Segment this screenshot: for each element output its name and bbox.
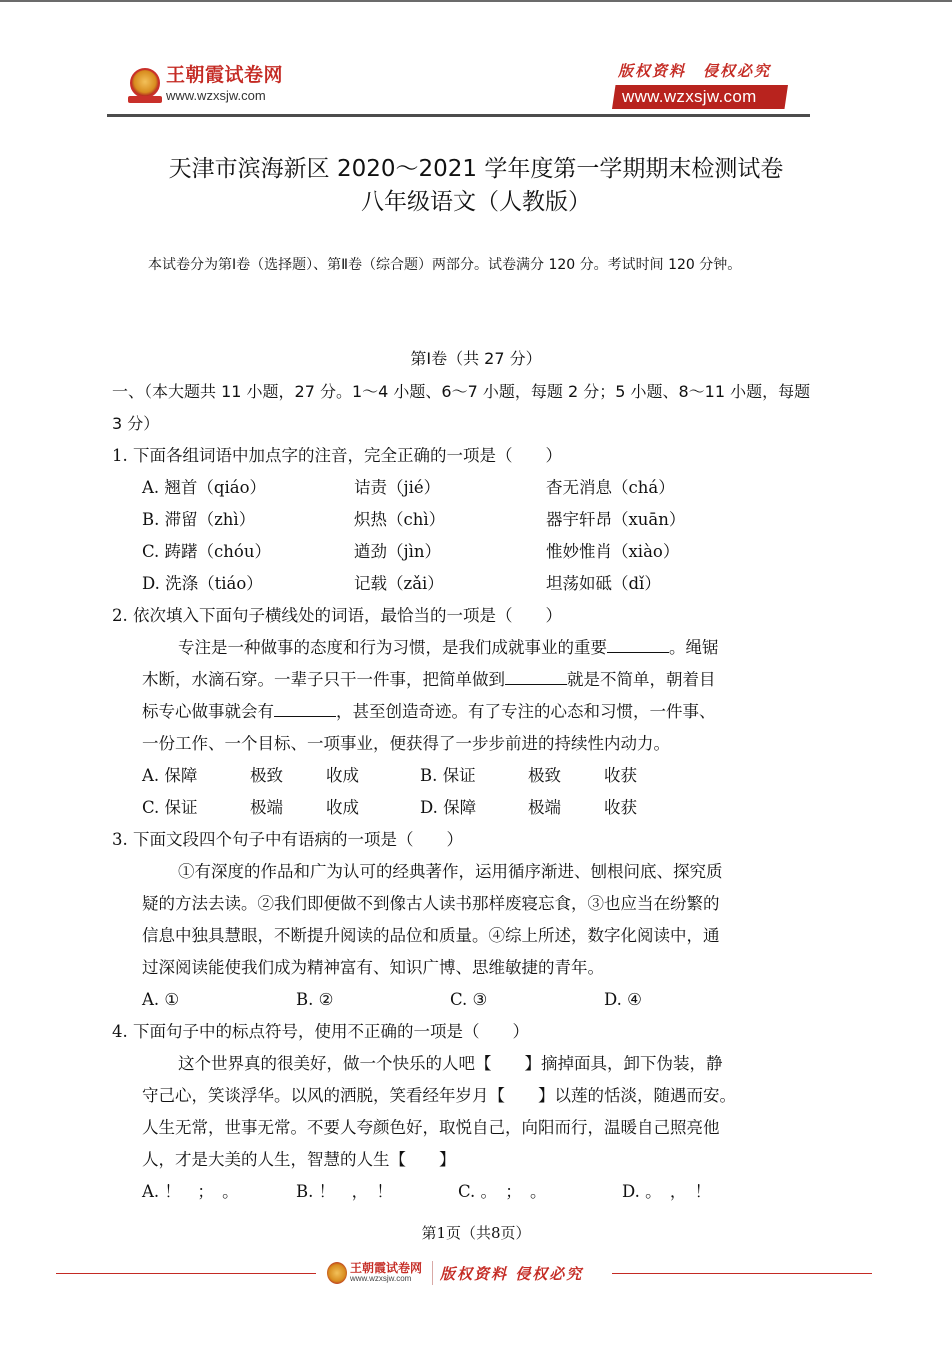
q2-option-c-1: C. 保证 xyxy=(142,792,198,824)
q4-option-d: D. 。 ， ！ xyxy=(622,1176,711,1208)
q2-option-d-3: 收获 xyxy=(604,792,637,824)
passage-text: 专注是一种做事的态度和行为习惯，是我们成就事业的重要 xyxy=(178,638,607,657)
q2-option-d-1: D. 保障 xyxy=(420,792,476,824)
footer-slogan: 版权资料 侵权必究 xyxy=(440,1263,583,1284)
fill-blank xyxy=(607,635,669,653)
q1-option-c-3: 惟妙惟肖（xiào） xyxy=(546,536,679,568)
q4-option-a: A. ！ ； 。 xyxy=(142,1176,239,1208)
fill-blank xyxy=(274,699,336,717)
q2-option-c-2: 极端 xyxy=(250,792,283,824)
copyright-slogan: 版权资料 侵权必究 xyxy=(612,60,792,81)
q3-passage-line-3: 信息中独具慧眼，不断提升阅读的品位和质量。④综上所述，数字化阅读中，通 xyxy=(142,920,720,952)
q1-option-a-3: 杳无消息（chá） xyxy=(546,472,675,504)
q1-option-c-1: C. 踌躇（chóu） xyxy=(142,536,271,568)
q1-option-b-1: B. 滞留（zhì） xyxy=(142,504,255,536)
q1-option-a-2: 诘责（jié） xyxy=(354,472,440,504)
footer-logo-url: www.wzxsjw.com xyxy=(350,1274,422,1284)
q1-option-d-3: 坦荡如砥（dǐ） xyxy=(546,568,661,600)
site-url-badge[interactable]: www.wzxsjw.com xyxy=(612,85,788,109)
q4-option-c: C. 。 ； 。 xyxy=(458,1176,547,1208)
q2-passage-line-4: 一份工作、一个目标、一项事业，便获得了一步步前进的持续性内动力。 xyxy=(142,728,670,760)
passage-text: 标专心做事就会有 xyxy=(142,702,274,721)
q1-option-c-2: 遒劲（jìn） xyxy=(354,536,441,568)
q2-option-b-3: 收获 xyxy=(604,760,637,792)
q2-option-d-2: 极端 xyxy=(528,792,561,824)
q3-option-b: B. ② xyxy=(296,984,333,1016)
q1-option-b-3: 器宇轩昂（xuān） xyxy=(546,504,685,536)
header-divider xyxy=(107,114,810,117)
q1-option-a-1: A. 翘首（qiáo） xyxy=(142,472,266,504)
q2-passage-line-3: 标专心做事就会有，甚至创造奇迹。有了专注的心态和习惯，一件事、 xyxy=(142,696,716,728)
top-edge-line xyxy=(0,0,952,2)
q2-option-a-2: 极致 xyxy=(250,760,283,792)
question-4-stem: 4. 下面句子中的标点符号，使用不正确的一项是（ ） xyxy=(112,1016,529,1048)
q4-passage-line-2: 守己心，笑谈浮华。以风的洒脱，笑看经年岁月【 】以莲的恬淡，随遇而安。 xyxy=(142,1080,736,1112)
question-3-stem: 3. 下面文段四个句子中有语病的一项是（ ） xyxy=(112,824,463,856)
q2-option-b-2: 极致 xyxy=(528,760,561,792)
exam-instructions: 本试卷分为第Ⅰ卷（选择题）、第Ⅱ卷（综合题）两部分。试卷满分 120 分。考试时… xyxy=(112,249,812,281)
passage-text: 木断，水滴石穿。一辈子只干一件事，把简单做到 xyxy=(142,670,505,689)
copyright-banner: 版权资料 侵权必究 www.wzxsjw.com xyxy=(612,60,792,109)
q2-option-c-3: 收成 xyxy=(326,792,359,824)
fill-blank xyxy=(505,667,567,685)
q4-passage-line-4: 人，才是大美的人生，智慧的人生【 】 xyxy=(142,1144,456,1176)
passage-text: 。绳锯 xyxy=(669,638,719,657)
q4-passage-line-1: 这个世界真的很美好，做一个快乐的人吧【 】摘掉面具，卸下伪装，静 xyxy=(178,1048,723,1080)
emblem-icon xyxy=(327,1262,347,1284)
footer-banner: 王朝霞试卷网 www.wzxsjw.com 版权资料 侵权必究 xyxy=(0,1258,952,1290)
q2-option-a-1: A. 保障 xyxy=(142,760,197,792)
q1-option-b-2: 炽热（chì） xyxy=(354,504,445,536)
site-logo[interactable]: 王朝霞试卷网 www.wzxsjw.com xyxy=(128,64,283,104)
q4-option-b: B. ！ ， ！ xyxy=(296,1176,393,1208)
logo-name: 王朝霞试卷网 xyxy=(166,66,283,85)
footer-rule-right xyxy=(612,1273,872,1274)
q2-passage-line-1: 专注是一种做事的态度和行为习惯，是我们成就事业的重要。绳锯 xyxy=(178,632,719,664)
q3-passage-line-2: 疑的方法去读。②我们即便做不到像古人读书那样废寝忘食，③也应当在纷繁的 xyxy=(142,888,720,920)
q4-passage-line-3: 人生无常，世事无常。不要人夸颜色好，取悦自己，向阳而行，温暖自己照亮他 xyxy=(142,1112,720,1144)
passage-text: ，甚至创造奇迹。有了专注的心态和习惯，一件事、 xyxy=(336,702,716,721)
page-number: 第1页（共8页） xyxy=(0,1222,952,1243)
footer-separator xyxy=(432,1261,433,1285)
q3-option-a: A. ① xyxy=(142,984,179,1016)
exam-title: 天津市滨海新区 2020～2021 学年度第一学期期末检测试卷 xyxy=(0,150,952,183)
footer-logo[interactable]: 王朝霞试卷网 www.wzxsjw.com xyxy=(327,1262,422,1284)
emblem-icon xyxy=(128,64,162,104)
footer-rule-left xyxy=(56,1273,316,1274)
footer-logo-name: 王朝霞试卷网 xyxy=(350,1262,422,1274)
question-2-stem: 2. 依次填入下面句子横线处的词语，最恰当的一项是（ ） xyxy=(112,600,562,632)
q1-option-d-1: D. 洗涤（tiáo） xyxy=(142,568,263,600)
q3-option-c: C. ③ xyxy=(450,984,487,1016)
q2-option-b-1: B. 保证 xyxy=(420,760,476,792)
section-title: 第Ⅰ卷（共 27 分） xyxy=(0,345,952,373)
q3-option-d: D. ④ xyxy=(604,984,642,1016)
exam-subtitle: 八年级语文（人教版） xyxy=(0,183,952,216)
logo-url: www.wzxsjw.com xyxy=(166,89,283,102)
q3-passage-line-4: 过深阅读能使我们成为精神富有、知识广博、思维敏捷的青年。 xyxy=(142,952,604,984)
q1-option-d-2: 记载（zǎi） xyxy=(354,568,444,600)
question-1-stem: 1. 下面各组词语中加点字的注音，完全正确的一项是（ ） xyxy=(112,440,562,472)
q2-passage-line-2: 木断，水滴石穿。一辈子只干一件事，把简单做到就是不简单，朝着目 xyxy=(142,664,716,696)
section-description: 一、（本大题共 11 小题，27 分。1～4 小题、6～7 小题，每题 2 分；… xyxy=(112,376,812,440)
q2-option-a-3: 收成 xyxy=(326,760,359,792)
passage-text: 就是不简单，朝着目 xyxy=(567,670,716,689)
q3-passage-line-1: ①有深度的作品和广为认可的经典著作，运用循序渐进、刨根问底、探究质 xyxy=(178,856,723,888)
